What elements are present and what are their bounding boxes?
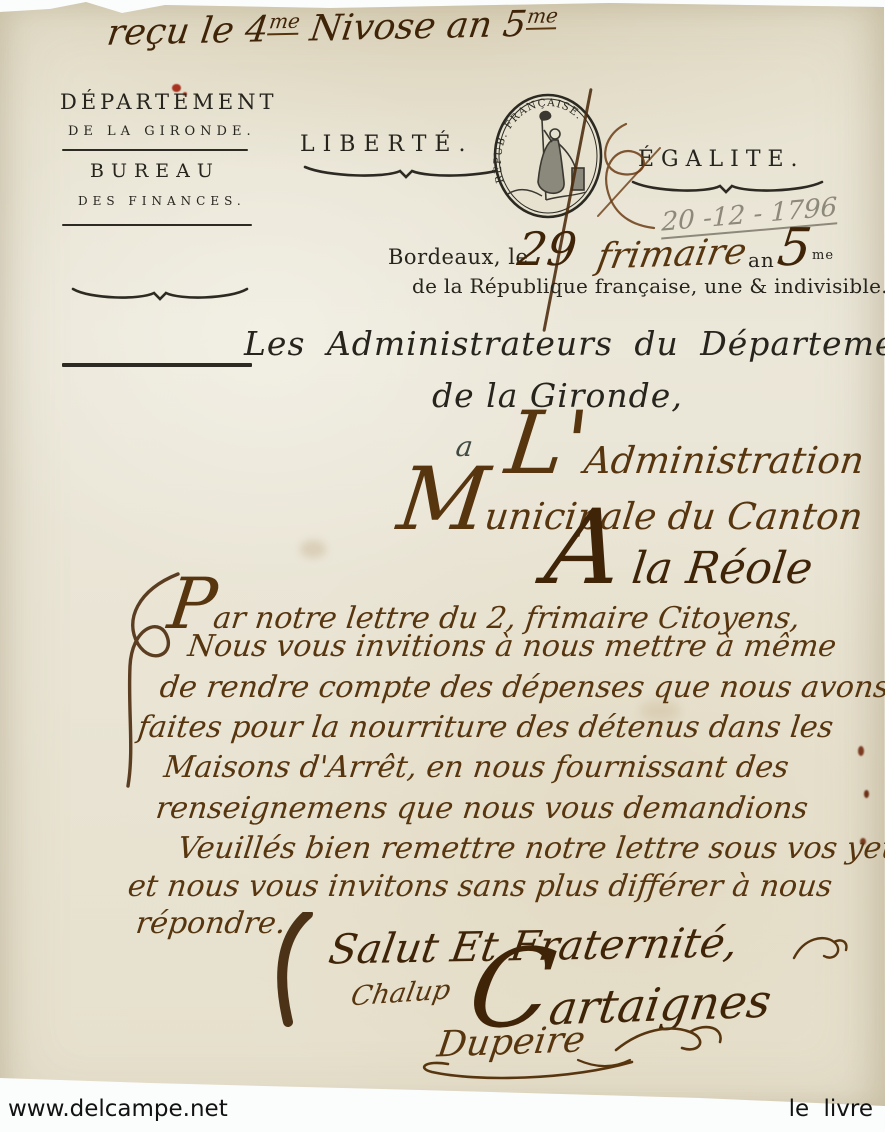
edge-speck: [864, 790, 869, 798]
dateline-line2: de la République française, une & indivi…: [412, 274, 885, 298]
sender-line1: Les Administrateurs du Département: [244, 324, 885, 363]
scanned-letter-page: { "annotations": { "received_note": {"p1…: [0, 0, 885, 1132]
watermark-left: www.delcampe.net: [8, 1096, 228, 1122]
body-line: Nous vous invitions à nous mettre à même: [186, 629, 838, 664]
salutation-swash: [268, 912, 318, 1027]
motto-liberte: LIBERTÉ.: [300, 132, 473, 157]
letterhead-department: DÉPARTEMENT: [60, 90, 278, 114]
letterhead-bureau: BUREAU: [90, 160, 220, 182]
letterhead-rule: [62, 149, 248, 151]
dateline-prefix: Bordeaux, le: [388, 245, 528, 269]
dateline-suffix: me: [812, 248, 834, 263]
recipient-line1: L'Administration: [502, 420, 869, 482]
dateline-an: an: [748, 248, 775, 272]
recipient-line3: A la Réole: [541, 520, 818, 594]
letterhead-thick-rule: [62, 363, 252, 367]
received-note-text: Nivose an 5: [296, 4, 529, 50]
paraph-flourish: [790, 928, 850, 968]
body-line: de rendre compte des dépenses que nous a…: [158, 670, 885, 705]
body-line: renseignemens que nous vous demandions: [154, 791, 810, 826]
body-line: et nous vous invitons sans plus différer…: [126, 869, 834, 904]
foxing-spot: [300, 540, 326, 558]
received-note-sup: me: [525, 4, 559, 30]
letterhead-bureau-sub: DES FINANCES.: [78, 194, 246, 208]
signature-paraph: [610, 1014, 730, 1064]
edge-speck: [858, 746, 864, 756]
body-line: Maisons d'Arrêt, en nous fournissant des: [162, 750, 791, 785]
body-line: Veuillés bien remettre notre lettre sous…: [176, 831, 885, 866]
ornament-brace: [70, 285, 250, 303]
letterhead-rule: [62, 224, 252, 226]
motto-liberte-brace: [302, 163, 512, 181]
received-note-sup: me: [268, 10, 302, 36]
body-line: répondre.: [134, 906, 288, 941]
signature-underline-flourish: [418, 1058, 638, 1084]
dateline-day: 29: [515, 222, 580, 276]
dateline-month: frimaire: [594, 231, 750, 277]
received-note-text: reçu le 4: [104, 9, 271, 53]
body-line: faites pour la nourriture des détenus da…: [136, 710, 835, 745]
watermark-right: le livre: [789, 1096, 873, 1122]
letterhead-department-sub: DE LA GIRONDE.: [68, 124, 256, 139]
